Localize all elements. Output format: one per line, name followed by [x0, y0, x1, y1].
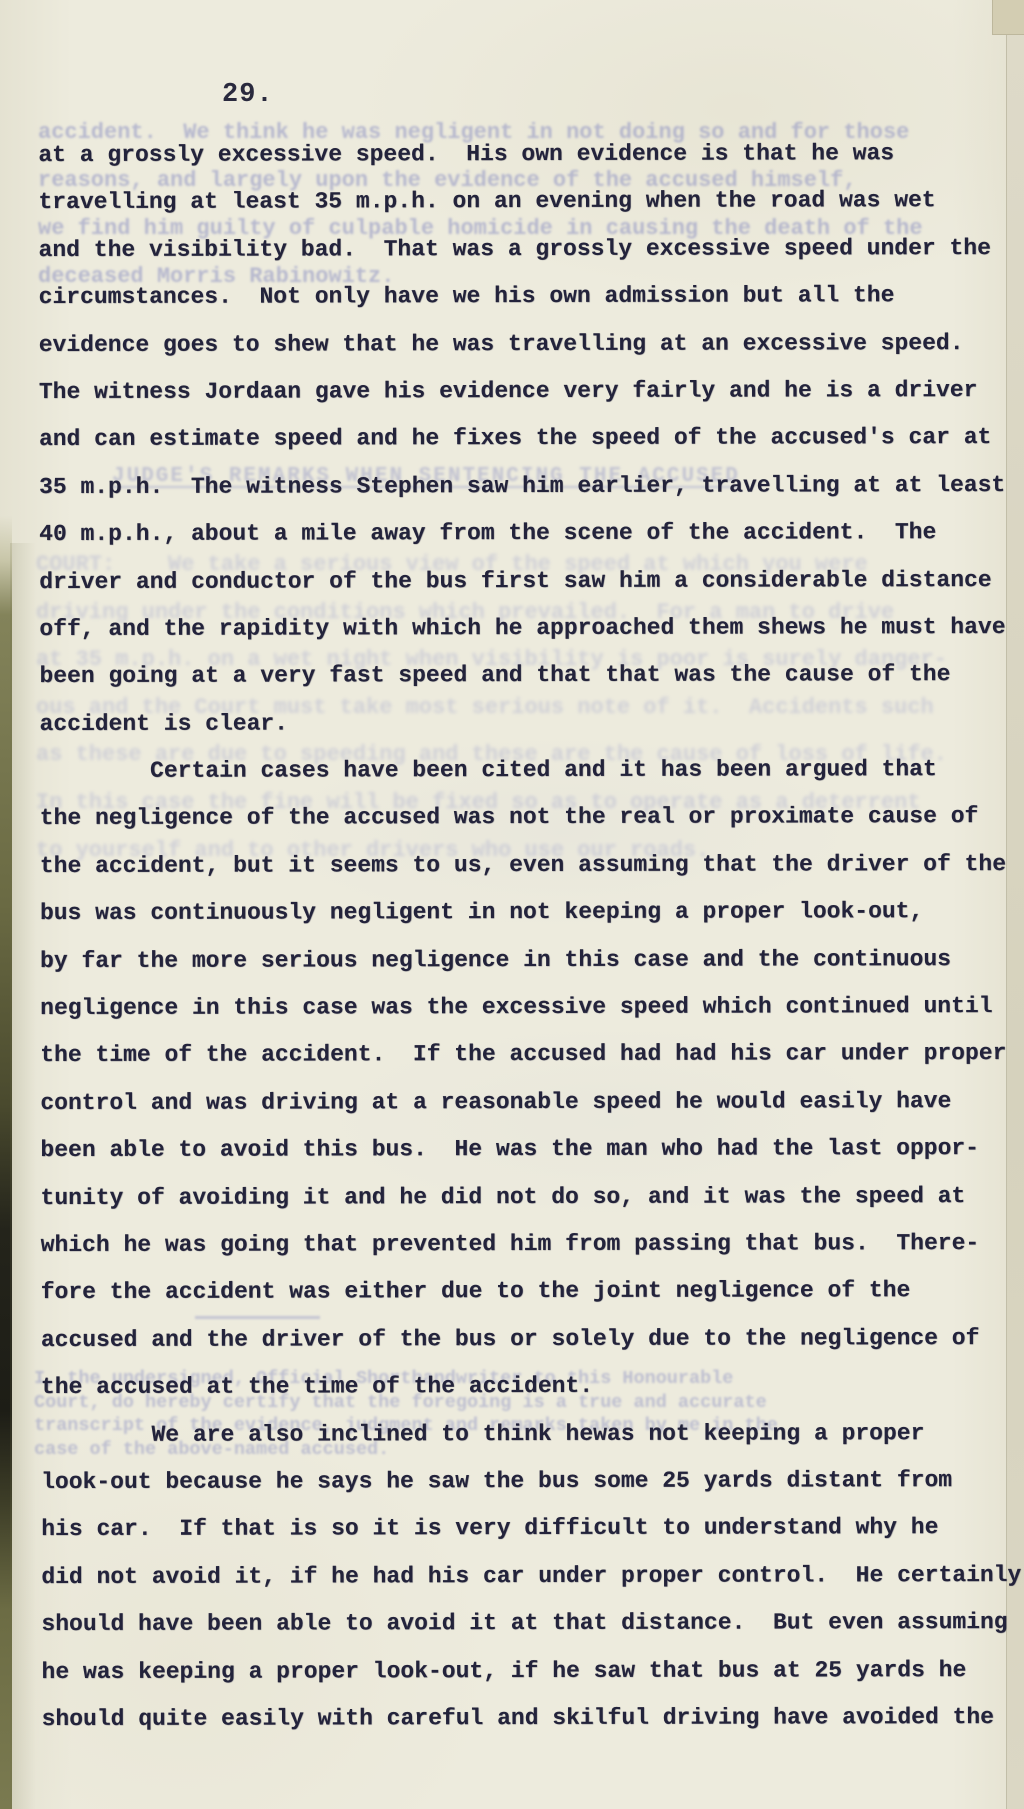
typed-line: accident is clear. — [40, 709, 1024, 758]
typed-line: the time of the accident. If the accused… — [40, 1040, 1024, 1089]
typed-line: been able to avoid this bus. He was the … — [40, 1135, 1024, 1184]
typed-body-text: at a grossly excessive speed. His own ev… — [38, 140, 1024, 1753]
typed-line: which he was going that prevented him fr… — [41, 1230, 1024, 1279]
typed-line: did not avoid it, if he had his car unde… — [41, 1562, 1024, 1611]
typed-line: been going at a very fast speed and that… — [39, 661, 1024, 710]
page-number: 29. — [222, 80, 274, 110]
typed-line: driver and conductor of the bus first sa… — [39, 566, 1024, 615]
typed-line: at a grossly excessive speed. His own ev… — [38, 140, 1024, 189]
typed-line: travelling at least 35 m.p.h. on an even… — [38, 187, 1024, 236]
typed-line: the negligence of the accused was not th… — [40, 803, 1024, 852]
typed-line: 40 m.p.h., about a mile away from the sc… — [39, 519, 1024, 568]
typed-line: the accident, but it seems to us, even a… — [40, 851, 1024, 900]
typed-line: he was keeping a proper look-out, if he … — [41, 1656, 1024, 1705]
typed-line: bus was continuously negligent in not ke… — [40, 898, 1024, 947]
typed-line: by far the more serious negligence in th… — [40, 946, 1024, 995]
top-right-paper-corner — [992, 0, 1024, 35]
typed-line: fore the accident was either due to the … — [41, 1277, 1024, 1326]
typed-line: negligence in this case was the excessiv… — [40, 993, 1024, 1042]
typed-line: 35 m.p.h. The witness Stephen saw him ea… — [39, 472, 1024, 521]
typed-line: and the visibility bad. That was a gross… — [39, 235, 1024, 284]
typed-line: tunity of avoiding it and he did not do … — [40, 1183, 1024, 1232]
typed-line: The witness Jordaan gave his evidence ve… — [39, 377, 1024, 426]
typed-line: his car. If that is so it is very diffic… — [41, 1514, 1024, 1563]
typed-line: look-out because he says he saw the bus … — [41, 1467, 1024, 1516]
left-page-edge-shade — [10, 543, 36, 1809]
scanned-document-page: 29. accident. We think he was negligent … — [0, 0, 1024, 1809]
typed-line: We are also inclined to think hewas not … — [41, 1420, 1024, 1469]
typed-line: circumstances. Not only have we his own … — [39, 282, 1024, 331]
typed-line: control and was driving at a reasonable … — [40, 1088, 1024, 1137]
typed-line: evidence goes to shew that he was travel… — [39, 330, 1024, 379]
typed-line: off, and the rapidity with which he appr… — [39, 614, 1024, 663]
typed-line: should have been able to avoid it at tha… — [41, 1609, 1024, 1658]
typed-line: accused and the driver of the bus or sol… — [41, 1325, 1024, 1374]
typed-line: and can estimate speed and he fixes the … — [39, 424, 1024, 473]
typed-line: Certain cases have been cited and it has… — [40, 756, 1024, 805]
typed-line: should quite easily with careful and ski… — [42, 1704, 1024, 1753]
typed-line: the accused at the time of the accident. — [41, 1372, 1024, 1421]
